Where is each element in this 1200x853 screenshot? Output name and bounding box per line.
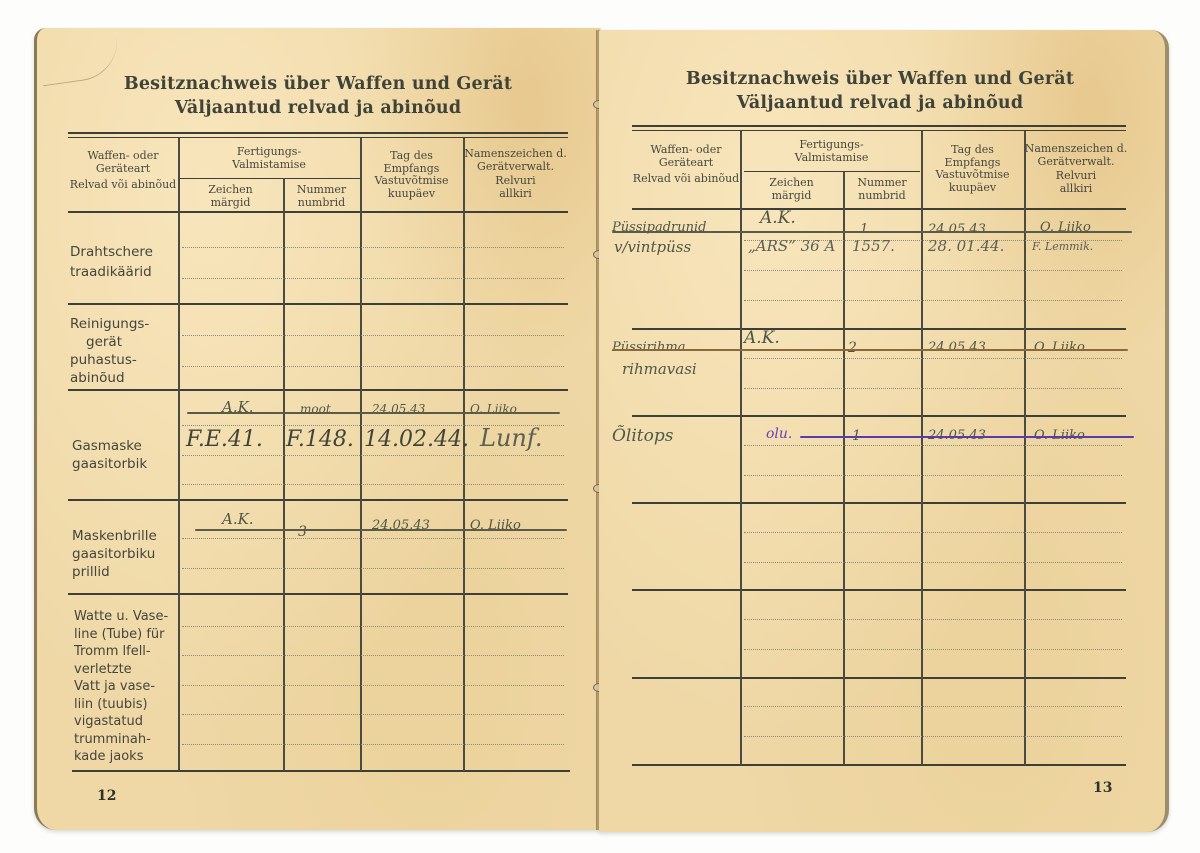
header-signature: Namenszeichen d. Gerätverwalt. Relvuri a… — [1024, 143, 1128, 195]
page-number-left: 12 — [97, 788, 116, 804]
title-estonian: Väljaantud relvad ja abinõud — [630, 91, 1130, 115]
row-label-gas-mask: Gasmaske gaasitorbik — [72, 437, 178, 473]
header-mark: Zeichen märgid — [740, 177, 843, 202]
column-divider — [921, 131, 923, 765]
row-rule — [632, 589, 1126, 591]
row-rule — [68, 389, 568, 391]
row-rule — [68, 593, 568, 595]
right-page-title: Besitznachweis über Waffen und Gerät Väl… — [630, 67, 1130, 115]
title-estonian: Väljaantud relvad ja abinõud — [68, 96, 568, 120]
title-german: Besitznachweis über Waffen und Gerät — [630, 67, 1130, 91]
header-manufacture: Fertigungs- Valmistamise — [740, 139, 923, 164]
row-rule — [632, 208, 1126, 210]
row-rule — [632, 502, 1126, 504]
column-divider — [740, 131, 742, 765]
item-oil-can: Õlitops — [612, 426, 673, 446]
item-rifle: v/vintpüss — [614, 238, 691, 256]
row-label-cleaning-kit: Reinigungs- gerät puhastus- abinõud — [70, 315, 176, 387]
header-item-type: Waffen- oder Geräteart Relvad või abinõu… — [68, 150, 178, 192]
row-label-wire-cutters: Drahtschere traadikäärid — [70, 243, 176, 281]
row-rule — [72, 770, 570, 772]
column-divider — [1024, 131, 1026, 765]
title-german: Besitznachweis über Waffen und Gerät — [68, 72, 568, 96]
item-sling: rihmavasi — [622, 360, 697, 378]
header-number: Nummer numbrid — [283, 184, 360, 209]
header-mark: Zeichen märgid — [178, 184, 283, 209]
header-rule-top — [632, 125, 1126, 127]
header-item-type: Waffen- oder Geräteart Relvad või abinõu… — [632, 144, 740, 186]
header-number: Nummer numbrid — [843, 177, 921, 202]
row-rule — [632, 328, 1126, 330]
subheader-rule — [744, 171, 920, 172]
row-label-cotton-vaseline: Watte u. Vase- line (Tube) für Tromm lfe… — [74, 608, 180, 766]
header-rule-top-thin — [68, 137, 568, 138]
column-divider — [283, 178, 285, 771]
row-label-mask-glasses: Maskenbrille gaasitorbiku prillid — [72, 527, 178, 581]
page-number-right: 13 — [1093, 780, 1112, 796]
row-rule — [632, 764, 1126, 766]
row-rule — [68, 303, 568, 305]
row-rule — [632, 677, 1126, 679]
row-rule — [68, 211, 568, 213]
row-rule — [68, 499, 568, 501]
header-manufacture: Fertigungs- Valmistamise — [178, 146, 360, 171]
header-rule-top-thin — [632, 130, 1126, 131]
header-date: Tag des Empfangs Vastuvõtmise kuupäev — [360, 150, 463, 200]
header-date: Tag des Empfangs Vastuvõtmise kuupäev — [921, 144, 1024, 194]
row-rule — [632, 415, 1126, 417]
header-signature: Namenszeichen d. Gerätverwalt. Relvuri a… — [463, 148, 568, 200]
subheader-rule — [178, 178, 360, 179]
column-divider — [843, 171, 845, 765]
left-page-title: Besitznachweis über Waffen und Gerät Väl… — [68, 72, 568, 120]
header-rule-top — [68, 132, 568, 134]
